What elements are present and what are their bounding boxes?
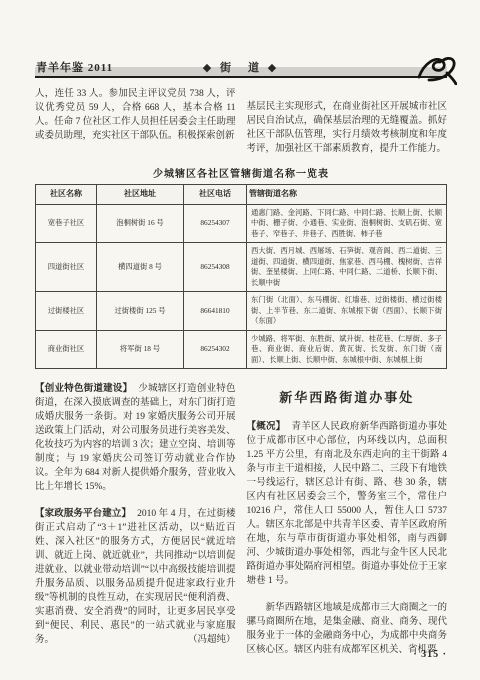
table-title: 少城辖区各社区管辖街道名称一览表 <box>35 165 447 180</box>
table-cell-streets: 东门街（北面）、东马棚街、红墙巷、过街楼街、横过街楼街、上半节巷、东二道街、东城… <box>247 292 447 331</box>
entry-text: 少城辖区打造创业特色街道，在深入摸底调查的基础上，对东门街打造成婚庆服务一条街。… <box>35 384 236 492</box>
table-cell-address: 将军街 18 号 <box>97 330 184 369</box>
table-cell-phone: 86254308 <box>184 243 247 292</box>
intro-left-paragraph: 人，连任 33 人。参加民主评议党员 738 人，评议优秀党员 59 人，合格 … <box>35 87 236 156</box>
office-heading: 新华西路街道办事处 <box>247 391 448 405</box>
table-cell-phone: 86641810 <box>184 292 247 331</box>
page-header: 青羊年鉴 2011 ◆ 街 道 ◆ <box>35 50 447 78</box>
flourish-ornament-icon <box>417 53 457 85</box>
table-header-address: 社区地址 <box>97 185 184 205</box>
table-cell-community: 商业街社区 <box>36 330 97 369</box>
table-cell-streets: 少城路、将军街、东胜街、斌升街、桂花巷、仁厚街、多子巷、商业街、商业后街、黄瓦街… <box>247 330 447 369</box>
table-row: 过街楼社区 过街楼街 125 号 86641810 东门街（北面）、东马棚街、红… <box>36 292 447 331</box>
page-content: 青羊年鉴 2011 ◆ 街 道 ◆ 人，连任 33 人。参加民主评议党员 738… <box>35 50 447 657</box>
entry-text: 新华西路辖区地域是成都市三大商圈之一的骡马商圈所在地，是集金融、商业、商务、现代… <box>247 603 448 655</box>
entry-overview: 【概况】青羊区人民政府新华西路街道办事处位于成都市区中心部位，内环线以内，总面积… <box>247 420 448 588</box>
entry-label: 【创业特色街道建设】 <box>35 384 132 394</box>
table-cell-address: 泡桐树街 16 号 <box>97 204 184 243</box>
community-streets-table: 社区名称 社区地址 社区电话 管辖街道名称 宽巷子社区 泡桐树街 16 号 86… <box>35 184 447 369</box>
entry-label: 【概况】 <box>247 422 286 432</box>
table-header-community: 社区名称 <box>36 185 97 205</box>
entry-label: 【家政服务平台建立】 <box>35 509 131 519</box>
table-row: 宽巷子社区 泡桐树街 16 号 86254307 通惠门路、金河路、下同仁路、中… <box>36 204 447 243</box>
table-cell-streets: 西大街、西月城、西屠场、石笋街、观音阁、西二道街、三道街、四道街、横四道街、焦家… <box>247 243 447 292</box>
entry-text: 2010 年 4 月，在过街楼街正式启动了“3＋1”进社区活动，以“贴近百姓、深… <box>35 509 236 645</box>
table-cell-community: 四道街社区 <box>36 243 97 292</box>
entry-venture-streets: 【创业特色街道建设】少城辖区打造创业特色街道，在深入摸底调查的基础上，对东门街打… <box>35 382 236 494</box>
table-cell-address: 横四道街 8 号 <box>97 243 184 292</box>
table-cell-phone: 86254307 <box>184 204 247 243</box>
intro-row: 人，连任 33 人。参加民主评议党员 738 人，评议优秀党员 59 人，合格 … <box>35 87 447 156</box>
section-title: ◆ 街 道 ◆ <box>35 59 447 75</box>
author-attribution: （冯超纯） <box>188 633 236 647</box>
yearbook-page: 青羊年鉴 2011 ◆ 街 道 ◆ 人，连任 33 人。参加民主评议党员 738… <box>0 0 480 680</box>
table-cell-community: 宽巷子社区 <box>36 204 97 243</box>
table-cell-streets: 通惠门路、金河路、下同仁路、中同仁路、长顺上街、长顺中街、栅子街、小通巷、实业街… <box>247 204 447 243</box>
table-row: 商业街社区 将军街 18 号 86254302 少城路、将军街、东胜街、斌升街、… <box>36 330 447 369</box>
entry-text: 青羊区人民政府新华西路街道办事处位于成都市区中心部位，内环线以内，总面积 1.2… <box>247 422 448 586</box>
table-cell-phone: 86254302 <box>184 330 247 369</box>
table-header-phone: 社区电话 <box>184 185 247 205</box>
table-row: 四道街社区 横四道街 8 号 86254308 西大街、西月城、西屠场、石笋街、… <box>36 243 447 292</box>
body-row: 【创业特色街道建设】少城辖区打造创业特色街道，在深入摸底调查的基础上，对东门街打… <box>35 382 447 657</box>
page-number: · 315 · <box>413 649 447 660</box>
right-column: 新华西路街道办事处 【概况】青羊区人民政府新华西路街道办事处位于成都市区中心部位… <box>247 382 448 657</box>
table-header-streets: 管辖街道名称 <box>247 185 447 205</box>
table-cell-community: 过街楼社区 <box>36 292 97 331</box>
table-cell-address: 过街楼街 125 号 <box>97 292 184 331</box>
table-header-row: 社区名称 社区地址 社区电话 管辖街道名称 <box>36 185 447 205</box>
entry-housekeeping-platform: 【家政服务平台建立】2010 年 4 月，在过街楼街正式启动了“3＋1”进社区活… <box>35 507 236 647</box>
left-column: 【创业特色街道建设】少城辖区打造创业特色街道，在深入摸底调查的基础上，对东门街打… <box>35 382 236 657</box>
intro-right-paragraph: 基层民主实现形式，在商业街社区开展城市社区居民自治试点，确保基层治理的无缝覆盖。… <box>247 100 448 156</box>
